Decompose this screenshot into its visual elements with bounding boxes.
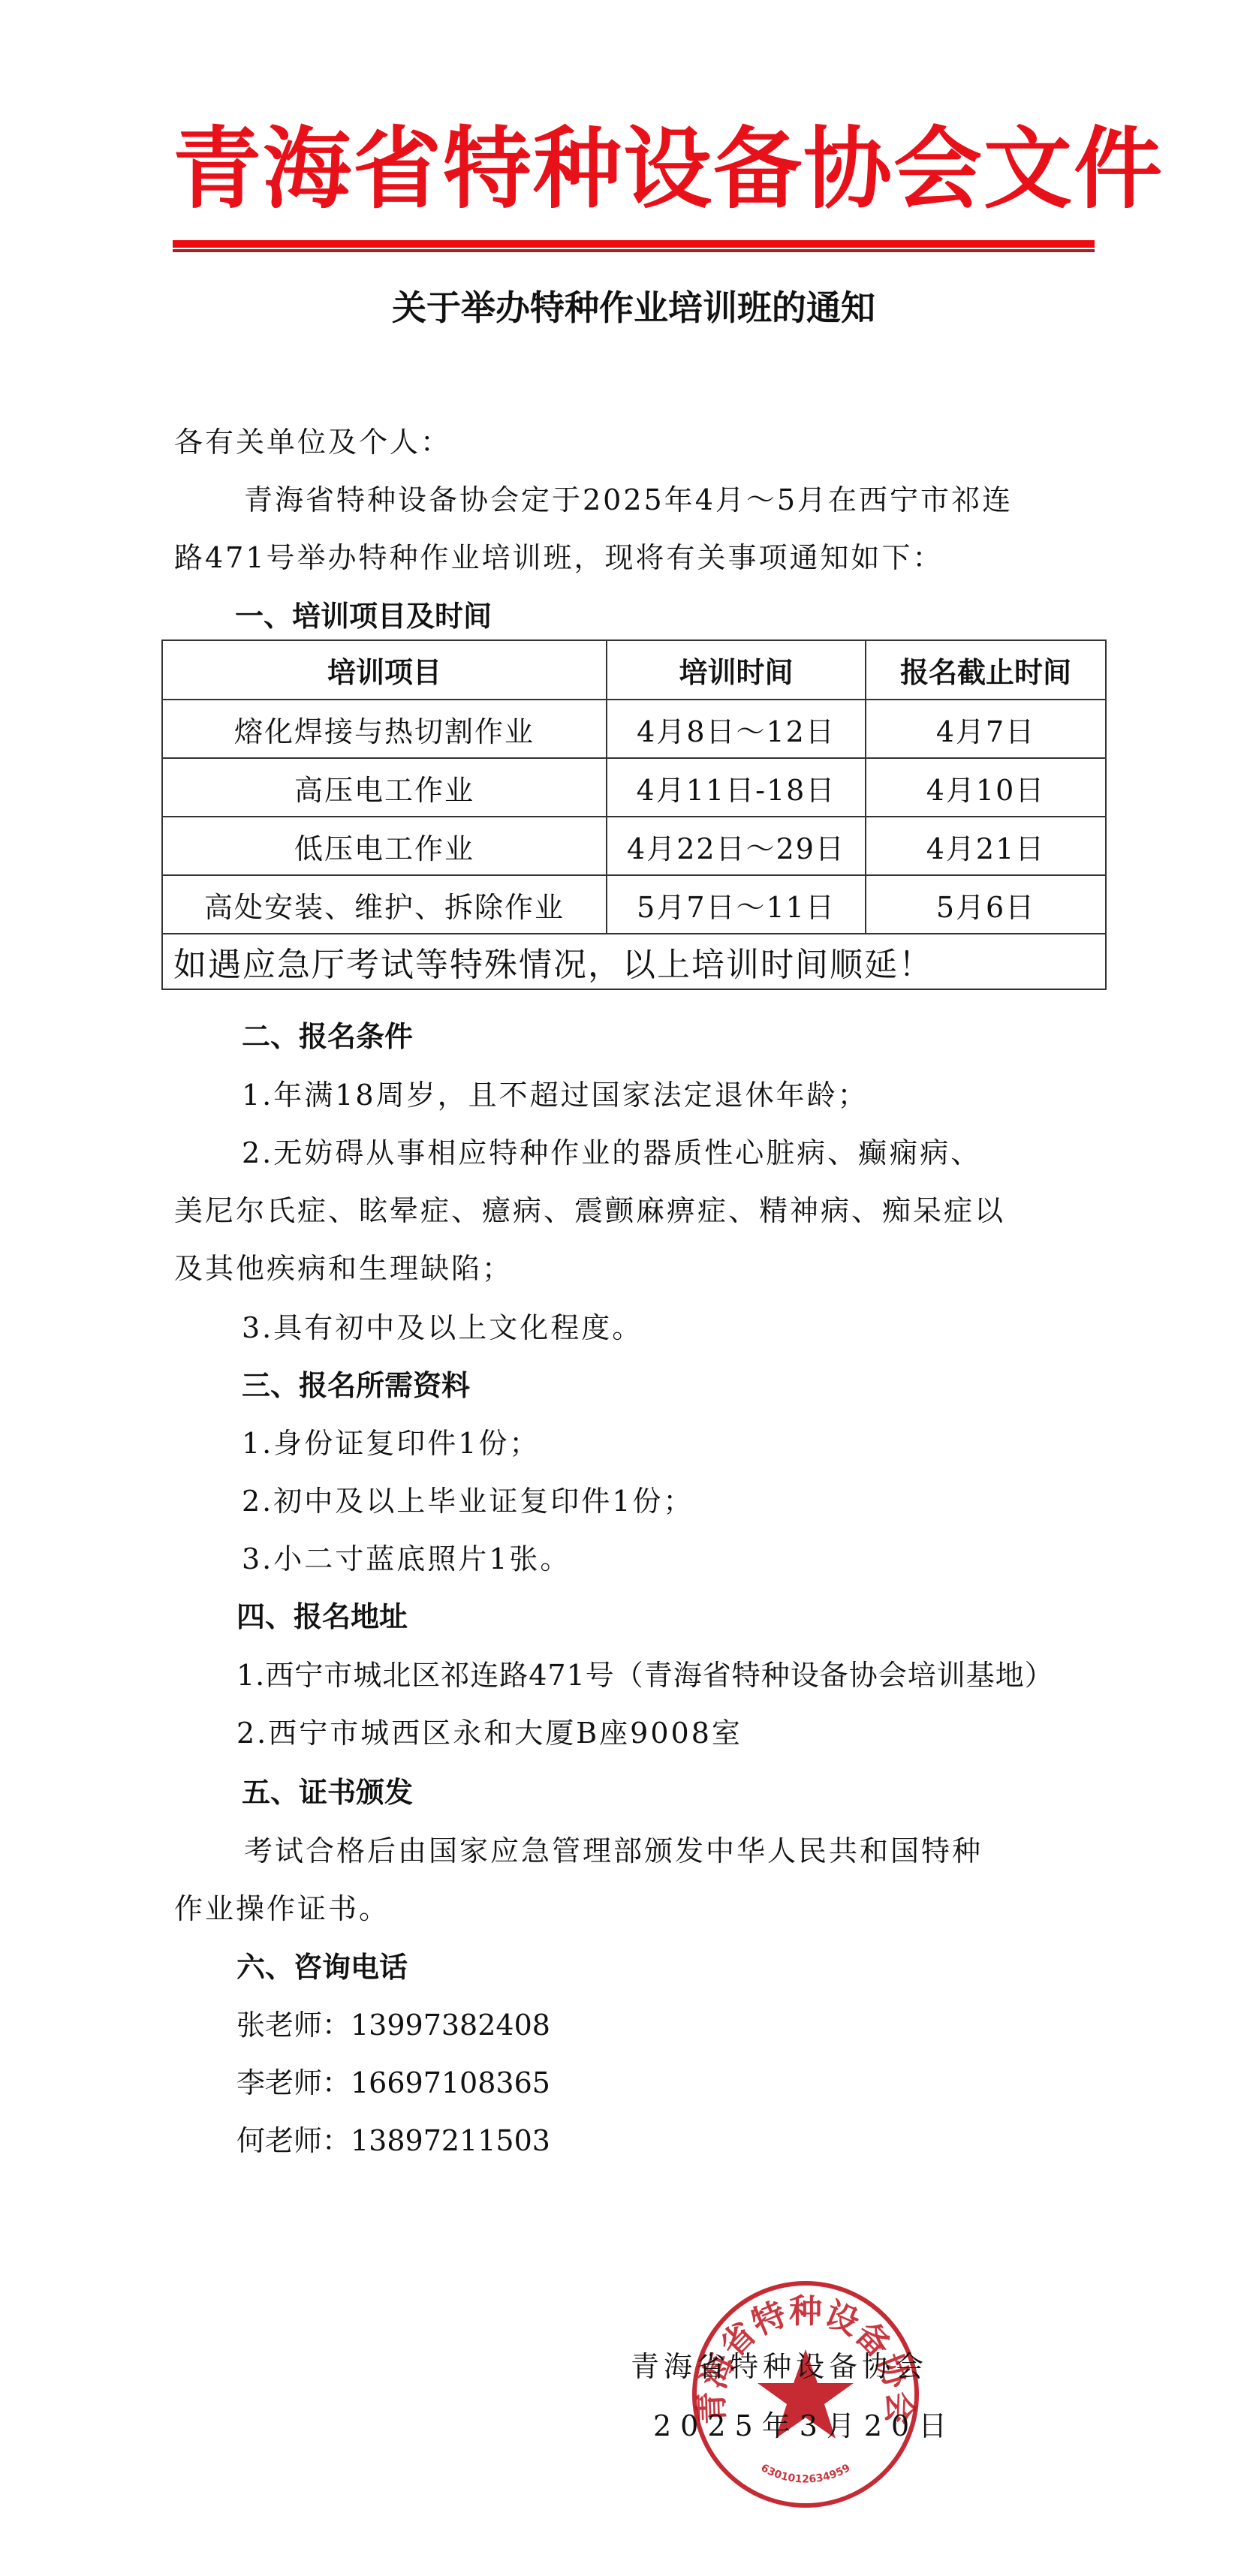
eligibility-item-1: 1.年满18周岁，且不超过国家法定退休年龄； (242, 1076, 869, 1115)
contact-he: 何老师：13897211503 (236, 2121, 550, 2160)
materials-item-3: 3.小二寸蓝底照片1张。 (242, 1539, 571, 1578)
registration-deadline: 4月21日 (866, 817, 1106, 875)
registration-deadline: 5月6日 (866, 875, 1106, 934)
training-dates: 4月22日～29日 (607, 817, 866, 875)
section-heading-contact: 六、咨询电话 (236, 1948, 408, 1987)
section-heading-address: 四、报名地址 (236, 1597, 408, 1636)
table-note-row: 如遇应急厅考试等特殊情况，以上培训时间顺延！ (162, 934, 1106, 989)
signature-date: 2025年3月20日 (653, 2406, 956, 2445)
table-row: 熔化焊接与热切割作业 4月8日～12日 4月7日 (162, 700, 1106, 758)
document-header-title: 青海省特种设备协会文件 (173, 113, 1096, 225)
contact-zhang: 张老师：13997382408 (236, 2006, 550, 2045)
column-header: 报名截止时间 (866, 640, 1106, 700)
course-name: 高压电工作业 (162, 758, 607, 817)
intro-paragraph-line-1: 青海省特种设备协会定于2025年4月～5月在西宁市祁连 (244, 480, 1013, 519)
training-dates: 4月11日-18日 (607, 758, 866, 817)
table-row: 低压电工作业 4月22日～29日 4月21日 (162, 817, 1106, 875)
header-red-rule-thin (173, 249, 1095, 252)
eligibility-item-3: 3.具有初中及以上文化程度。 (242, 1308, 643, 1347)
column-header: 培训时间 (607, 640, 866, 700)
registration-deadline: 4月10日 (866, 758, 1106, 817)
registration-deadline: 4月7日 (866, 700, 1106, 758)
eligibility-item-2-line-3: 及其他疾病和生理缺陷； (174, 1249, 513, 1288)
table-row: 高处安装、维护、拆除作业 5月7日～11日 5月6日 (162, 875, 1106, 934)
intro-paragraph-line-2: 路471号举办特种作业培训班，现将有关事项通知如下： (174, 538, 944, 577)
materials-item-2: 2.初中及以上毕业证复印件1份； (242, 1482, 694, 1521)
training-dates: 4月8日～12日 (607, 700, 866, 758)
course-name: 熔化焊接与热切割作业 (162, 700, 607, 758)
notice-title: 关于举办特种作业培训班的通知 (173, 281, 1095, 334)
signature-organization: 青海省特种设备协会 (631, 2347, 928, 2386)
course-name: 低压电工作业 (162, 817, 607, 875)
table-row: 高压电工作业 4月11日-18日 4月10日 (162, 758, 1106, 817)
certificate-paragraph-line-1: 考试合格后由国家应急管理部颁发中华人民共和国特种 (244, 1831, 983, 1870)
section-heading-certificate: 五、证书颁发 (242, 1773, 413, 1812)
official-seal-stamp: 青海省特种设备协会 6301012634959 (689, 2278, 922, 2511)
salutation: 各有关单位及个人： (174, 423, 451, 462)
header-red-rule (173, 240, 1095, 248)
column-header: 培训项目 (162, 640, 607, 700)
eligibility-item-2-line-2: 美尼尔氏症、眩晕症、癔病、震颤麻痹症、精神病、痴呆症以 (174, 1191, 1005, 1230)
address-item-1: 1.西宁市城北区祁连路471号（青海省特种设备协会培训基地） (236, 1656, 1054, 1695)
svg-text:6301012634959: 6301012634959 (759, 2462, 853, 2486)
section-heading-materials: 三、报名所需资料 (242, 1366, 470, 1405)
address-item-2: 2.西宁市城西区永和大厦B座9008室 (236, 1714, 742, 1753)
training-schedule-table: 培训项目 培训时间 报名截止时间 熔化焊接与热切割作业 4月8日～12日 4月7… (161, 639, 1107, 990)
training-dates: 5月7日～11日 (607, 875, 866, 934)
materials-item-1: 1.身份证复印件1份； (242, 1424, 540, 1463)
certificate-paragraph-line-2: 作业操作证书。 (174, 1889, 390, 1928)
table-header-row: 培训项目 培训时间 报名截止时间 (162, 640, 1106, 700)
eligibility-item-2-line-1: 2.无妨碍从事相应特种作业的器质性心脏病、癫痫病、 (242, 1133, 981, 1172)
section-heading-training: 一、培训项目及时间 (235, 597, 492, 636)
schedule-note: 如遇应急厅考试等特殊情况，以上培训时间顺延！ (162, 934, 1106, 989)
section-heading-eligibility: 二、报名条件 (242, 1017, 413, 1056)
contact-li: 李老师：16697108365 (236, 2063, 550, 2102)
course-name: 高处安装、维护、拆除作业 (162, 875, 607, 934)
